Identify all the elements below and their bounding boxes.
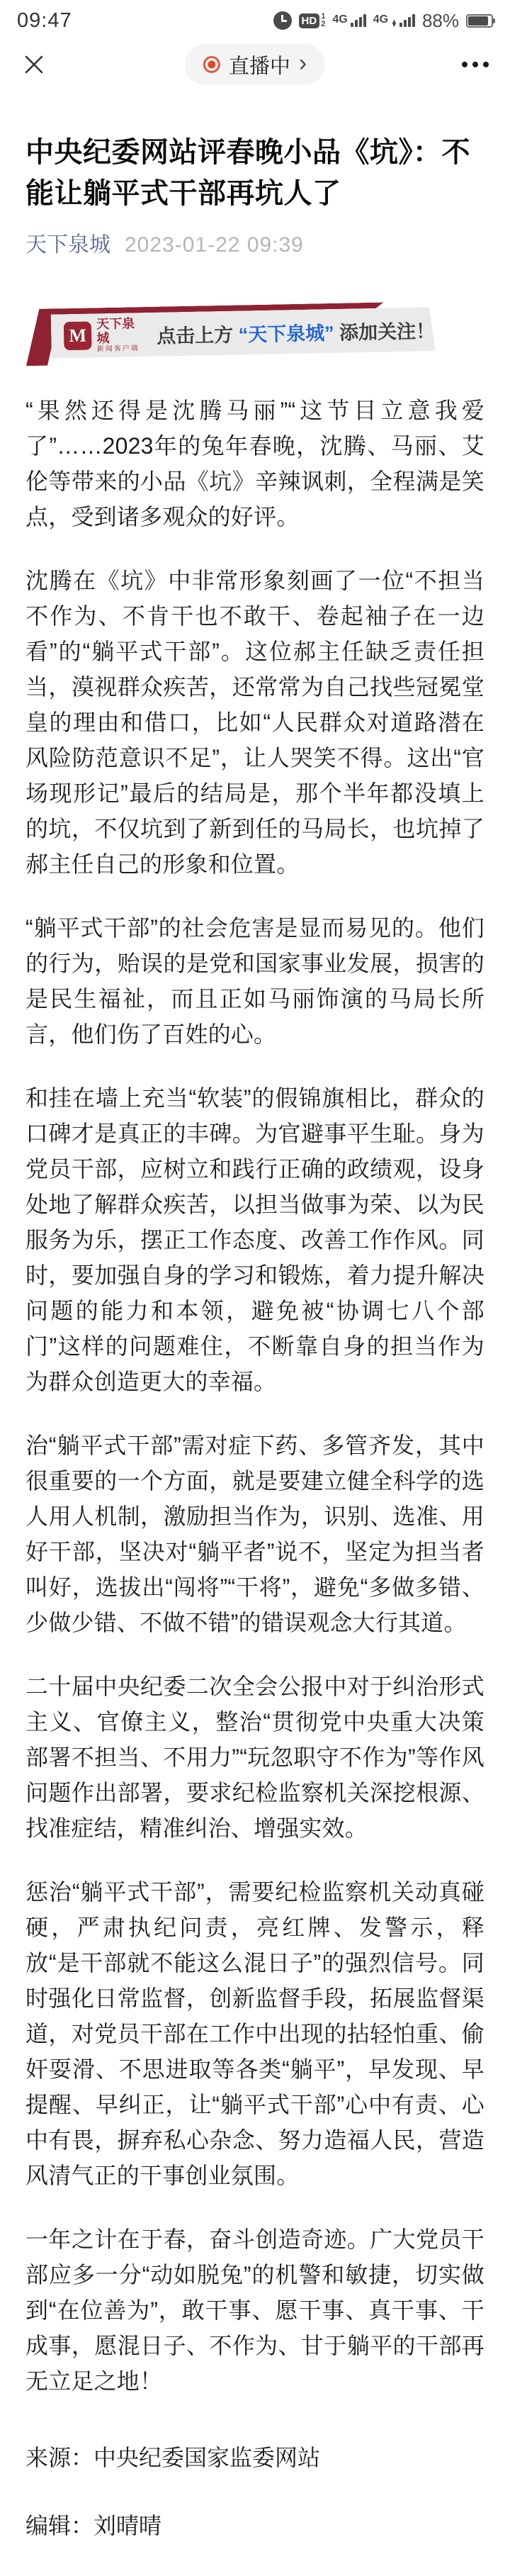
network-type-label: 4G (332, 14, 347, 26)
banner-text-highlight: “天下泉城” (238, 322, 334, 345)
network-type-label-2: 4G (373, 14, 388, 26)
paragraph: 一年之计在于春，奋斗创造奇迹。广大党员干部应多一分“动如脱兔”的机警和敏捷，切实… (25, 2222, 484, 2399)
follow-banner[interactable]: M 天下泉城 新闻客户端 点击上方 “天下泉城” 添加关注！ (25, 292, 485, 364)
paragraph: 惩治“躺平式干部”，需要纪检监察机关动真碰硬，严肃执纪问责，亮红牌、发警示，释放… (25, 1874, 484, 2193)
banner-logo-title: 天下泉城 (96, 317, 147, 346)
page-title: 中央纪委网站评春晚小品《坑》：不能让躺平式干部再坑人了 (25, 132, 484, 214)
close-icon[interactable] (21, 52, 47, 77)
article-body: “果然还得是沈腾马丽”“这节目立意我爱了”……2023年的兔年春晚，沈腾、马丽、… (25, 393, 484, 2399)
live-label: 直播中 (229, 50, 290, 79)
status-icons: HD 1 2 4G 4G ▲▼ 88% (273, 10, 493, 32)
banner-text: 点击上方 “天下泉城” 添加关注！ (157, 315, 436, 349)
more-icon[interactable] (462, 52, 489, 77)
status-bar: 09:47 HD 1 2 4G 4G ▲▼ 88% (0, 0, 510, 41)
alarm-icon (273, 11, 292, 30)
data-arrows-icon: ▲▼ (391, 20, 397, 27)
hd-voice-icon: HD 1 2 (299, 13, 326, 28)
article: 中央纪委网站评春晚小品《坑》：不能让躺平式干部再坑人了 天下泉城 2023-01… (0, 88, 510, 2543)
status-time: 09:47 (17, 9, 72, 33)
author-link[interactable]: 天下泉城 (25, 227, 110, 258)
banner-logo: M 天下泉城 新闻客户端 (64, 317, 147, 354)
record-dot-icon (203, 56, 220, 73)
battery-icon (466, 14, 493, 28)
paragraph: 治“躺平式干部”需对症下药、多管齐发，其中很重要的一个方面，就是要建立健全科学的… (25, 1428, 484, 1640)
nav-bar: 直播中 › (0, 41, 510, 88)
banner-text-prefix: 点击上方 (157, 324, 239, 347)
hd-sub: 2 (321, 21, 325, 28)
publish-date: 2023-01-22 09:39 (125, 233, 304, 257)
banner-logo-m-icon: M (64, 321, 92, 350)
source-line: 来源：中央纪委国家监委网站 (25, 2440, 484, 2475)
banner-text-suffix: 添加关注！ (334, 320, 435, 344)
signal-bars-secondary-icon: 4G ▲▼ (373, 14, 415, 27)
paragraph: 沈腾在《坑》中非常形象刻画了一位“不担当不作为、不肯干也不敢干、卷起袖子在一边看… (25, 563, 484, 882)
paragraph: “果然还得是沈腾马丽”“这节目立意我爱了”……2023年的兔年春晚，沈腾、马丽、… (25, 393, 484, 534)
chevron-right-icon: › (299, 51, 307, 75)
banner-strip: M 天下泉城 新闻客户端 点击上方 “天下泉城” 添加关注！ (51, 307, 436, 358)
editor-line: 编辑：刘晴晴 (25, 2508, 484, 2543)
article-meta: 天下泉城 2023-01-22 09:39 (25, 227, 484, 258)
paragraph: 二十届中央纪委二次全会公报中对于纠治形式主义、官僚主义，整治“贯彻党中央重大决策… (25, 1669, 484, 1846)
paragraph: “躺平式干部”的社会危害是显而易见的。他们的行为，贻误的是党和国家事业发展，损害… (25, 910, 484, 1052)
paragraph: 和挂在墙上充当“软装”的假锦旗相比，群众的口碑才是真正的丰碑。为官避事平生耻。身… (25, 1080, 484, 1399)
battery-percent: 88% (422, 10, 459, 32)
signal-bars-icon: 4G (332, 14, 365, 27)
banner-logo-subtitle: 新闻客户端 (97, 345, 147, 353)
live-badge[interactable]: 直播中 › (185, 44, 325, 85)
hd-voice-label: HD (299, 13, 320, 28)
